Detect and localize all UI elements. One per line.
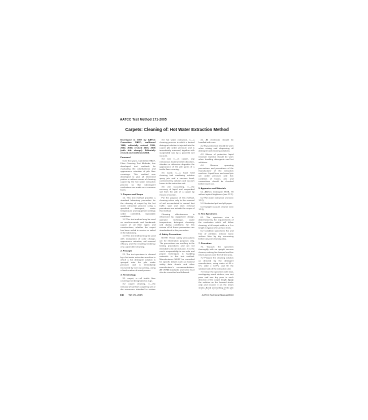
body-paragraph: For the purpose of this method, cleaning… xyxy=(160,196,195,212)
body-paragraph: 3.6 wet vacuuming, n.—the recovery of li… xyxy=(160,185,195,196)
body-paragraph: 6.2 Condition specimens flat and free of… xyxy=(199,230,234,241)
document-title: Carpets: Cleaning of: Hot Water Extracti… xyxy=(119,128,235,133)
body-paragraph: 3.5 wand, n.—a hand held cleaning tool c… xyxy=(160,171,195,184)
body-paragraph: 1.3 This test method may be used with ev… xyxy=(121,235,156,248)
footer-method-code: TM 171-2005 xyxy=(128,294,142,297)
body-paragraph: 4.3 Gloves of protective liquid resistan… xyxy=(199,153,234,164)
section-heading: 2. Principle xyxy=(121,250,156,253)
document-page: AATCC Test Method 171-2005 Carpets: Clea… xyxy=(0,0,368,420)
body-paragraph: 5.3 Graduated pail and pH paper. xyxy=(199,202,234,205)
body-paragraph: 2.1 The test specimen is cleaned by a ho… xyxy=(121,253,156,272)
column-2: 3.3 hot water extraction, n.—a cleaning … xyxy=(160,139,195,291)
body-paragraph: 3.2 carpet cleaning, n.—the removal of s… xyxy=(121,283,156,290)
body-paragraph: 4.2 Eye protection should be worn when m… xyxy=(199,144,234,152)
body-paragraph: 4.1 All chemicals should be handled with… xyxy=(199,139,234,144)
page-number: 446 xyxy=(120,294,124,297)
section-heading: 1. Purpose and Scope xyxy=(121,193,156,196)
section-heading: 5. Apparatus and Materials xyxy=(199,187,234,190)
section-heading: Foreword xyxy=(121,156,156,159)
column-1: Developed in 1997 by AATCC Committee RA5… xyxy=(121,139,156,291)
body-paragraph: Cleaning effectiveness is influenced by … xyxy=(160,213,195,232)
body-paragraph: 1.1 This test method provides a standard… xyxy=(121,196,156,217)
body-paragraph: NOTE: These safety precautions are for i… xyxy=(160,237,195,274)
body-paragraph: 6.1 The specimen size is determined by t… xyxy=(199,216,234,229)
body-paragraph: Over the years, Committee RA57, Floor Co… xyxy=(121,160,156,192)
section-heading: 6. Test Specimens xyxy=(199,212,234,215)
column-3: 4.1 All chemicals should be handled with… xyxy=(199,139,234,291)
body-paragraph: 5.4 Upright vacuum cleaner (see 12.3). xyxy=(199,205,234,210)
section-heading: 7. Procedure xyxy=(199,242,234,245)
body-paragraph: 3.3 hot water extraction, n.—a cleaning … xyxy=(160,139,195,158)
body-paragraph: Developed in 1997 by AATCC Committee RA5… xyxy=(121,139,156,155)
document-scaled-layer: AATCC Test Method 171-2005 Carpets: Clea… xyxy=(0,0,368,420)
body-paragraph: 7.1 Vacuum the specimen thoroughly with … xyxy=(199,245,234,256)
body-paragraph: 3.1 carpet, n.—all textile floor coverin… xyxy=(121,277,156,282)
footer-manual-name: AATCC Technical Manual/2010 xyxy=(202,294,234,297)
section-heading: 3. Terminology xyxy=(121,273,156,276)
body-paragraph: 5.2 Hot water extraction unit (see 12.2)… xyxy=(199,196,234,201)
test-method-code: AATCC Test Method 171-2005 xyxy=(120,118,167,122)
body-paragraph: 4.4 Observe operating precautions and pr… xyxy=(199,164,234,185)
body-paragraph: 7.3 Clean the specimen with slow, overla… xyxy=(199,271,234,291)
page-footer: 446 TM 171-2005 AATCC Technical Manual/2… xyxy=(120,294,234,297)
body-columns: Developed in 1997 by AATCC Committee RA5… xyxy=(121,139,234,291)
body-paragraph: 3.4 soil, n.—in carpet, any extraneous m… xyxy=(160,158,195,171)
body-paragraph: 5.1 AATCC Detergent WOB, 93 without opti… xyxy=(199,190,234,195)
section-heading: 4. Safety Precautions xyxy=(160,233,195,236)
body-paragraph: 1.2 This test method may be used on mach… xyxy=(121,218,156,234)
body-paragraph: 7.2 Prepare the cleaning solution as dir… xyxy=(199,257,234,270)
